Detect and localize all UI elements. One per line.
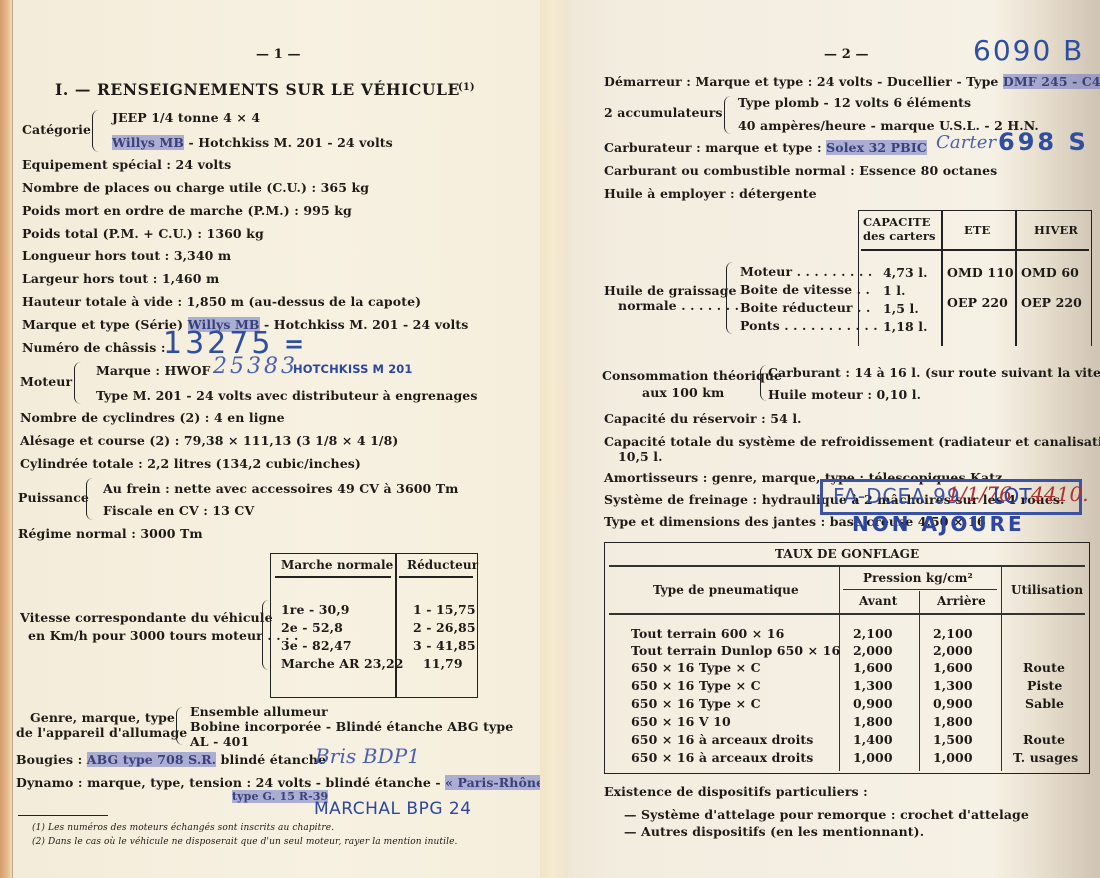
gonflage-row-util: Sable: [1025, 696, 1064, 711]
bougies: Bougies : ABG type 708 S.R. blindé étanc…: [16, 752, 326, 767]
page-title: I. — RENSEIGNEMENTS SUR LE VÉHICULE: [55, 80, 460, 99]
left-page: — 1 — I. — RENSEIGNEMENTS SUR LE VÉHICUL…: [0, 0, 540, 878]
consommation-carburant: Carburant : 14 à 16 l. (sur route suivan…: [768, 365, 1100, 380]
page-edge: [12, 0, 13, 878]
gonflage-row-arriere: 0,900: [933, 696, 973, 711]
stamp-box-text: FA-DCEA 99: [833, 484, 961, 508]
vitesse-row: 1 - 15,75: [413, 602, 476, 617]
graissage-label-2: normale . . . . . . .: [618, 298, 739, 313]
gonflage-row-avant: 1,600: [853, 660, 893, 675]
gonflage-col-avant: Avant: [859, 594, 897, 608]
bougies-handwritten: Bris BDP1: [315, 744, 420, 768]
brace: [74, 362, 81, 404]
graissage-header-ete: ETE: [964, 223, 990, 237]
graissage-capacity: 1 l.: [883, 283, 906, 298]
brace: [724, 96, 731, 134]
moteur-label: Moteur: [20, 374, 72, 389]
vitesse-row: Marche AR 23,22: [281, 656, 404, 671]
vitesse-header-reducteur: Réducteur: [407, 558, 478, 572]
moteur-stamp: HOTCHKISS M 201: [293, 362, 413, 376]
page-number-left: — 1 —: [256, 47, 301, 62]
vitesse-row: 1re - 30,9: [281, 602, 350, 617]
gonflage-row-arriere: 1,300: [933, 678, 973, 693]
graissage-item: Boite de vitesse . .: [740, 282, 870, 297]
vitesse-row: 2e - 52,8: [281, 620, 343, 635]
poids-mort: Poids mort en ordre de marche (P.M.) : 9…: [22, 203, 352, 218]
allumage-label-1: Genre, marque, type: [30, 710, 175, 725]
gonflage-row-avant: 2,000: [853, 643, 893, 658]
reservoir: Capacité du réservoir : 54 l.: [604, 411, 802, 426]
equipement: Equipement spécial : 24 volts: [22, 157, 231, 172]
book-gutter: [540, 0, 568, 878]
hauteur: Hauteur totale à vide : 1,850 m (au-dess…: [22, 294, 421, 309]
gonflage-row-avant: 1,300: [853, 678, 893, 693]
vitesse-label-1: Vitesse correspondante du véhicule: [20, 610, 273, 625]
refroidissement-2: 10,5 l.: [618, 449, 663, 464]
gonflage-row-util: Route: [1023, 660, 1065, 675]
largeur: Largeur hors tout : 1,460 m: [22, 271, 219, 286]
graissage-header-capacite: CAPACITE des carters: [863, 215, 941, 243]
dispositifs-line1: — Système d'attelage pour remorque : cro…: [624, 807, 1029, 822]
moteur-marque: Marque : HWOF: [96, 363, 211, 378]
dispositifs-title: Existence de dispositifs particuliers :: [604, 784, 868, 799]
carburateur-stamp: 698 S: [998, 128, 1089, 156]
vitesse-header-normale: Marche normale: [281, 558, 393, 572]
graissage-hiver: OEP 220: [1021, 295, 1082, 310]
title-footnote-ref: (1): [458, 82, 475, 93]
vitesse-row: 3e - 82,47: [281, 638, 352, 653]
graissage-ete: OEP 220: [947, 295, 1008, 310]
page-number-right: — 2 —: [824, 47, 869, 62]
gonflage-row-avant: 1,800: [853, 714, 893, 729]
gonflage-row-type: Tout terrain Dunlop 650 × 16: [631, 643, 840, 658]
stamp-top-number: 6090 B: [973, 34, 1084, 67]
carburateur: Carburateur : marque et type : Solex 32 …: [604, 140, 927, 155]
places: Nombre de places ou charge utile (C.U.) …: [22, 180, 369, 195]
gonflage-row-util: T. usages: [1013, 750, 1078, 765]
moteur-type: Type M. 201 - 24 volts avec distributeur…: [96, 388, 478, 403]
graissage-item: Moteur . . . . . . . . .: [740, 264, 872, 279]
gonflage-row-avant: 1,000: [853, 750, 893, 765]
allumage-line3: AL - 401: [190, 734, 249, 749]
brace: [262, 600, 269, 670]
gonflage-row-avant: 0,900: [853, 696, 893, 711]
gonflage-row-type: 650 × 16 à arceaux droits: [631, 732, 813, 747]
poids-total: Poids total (P.M. + C.U.) : 1360 kg: [22, 226, 264, 241]
right-page: — 2 — 6090 B Démarreur : Marque et type …: [568, 0, 1100, 878]
gonflage-row-arriere: 1,800: [933, 714, 973, 729]
gonflage-table: TAUX DE GONFLAGE Type de pneumatique Pre…: [604, 542, 1090, 774]
puissance-fiscale: Fiscale en CV : 13 CV: [103, 503, 254, 518]
struck-text: « Paris-Rhône »: [445, 775, 540, 790]
allumage-line2: Bobine incorporée - Blindé étanche ABG t…: [190, 719, 513, 734]
struck-text: Solex 32 PBIC: [826, 140, 927, 155]
gonflage-row-type: 650 × 16 Type × C: [631, 660, 761, 675]
graissage-header-hiver: HIVER: [1034, 223, 1078, 237]
chassis-label: Numéro de châssis :: [22, 340, 166, 355]
gonflage-row-util: Route: [1023, 732, 1065, 747]
dynamo-line1: Dynamo : marque, type, tension : 24 volt…: [16, 775, 540, 790]
gonflage-row-type: 650 × 16 à arceaux droits: [631, 750, 813, 765]
demarreur: Démarreur : Marque et type : 24 volts - …: [604, 74, 1100, 89]
moteur-number-handwritten: 25383: [213, 354, 298, 379]
accumulateurs-line1: Type plomb - 12 volts 6 éléments: [738, 95, 971, 110]
accumulateurs-line2: 40 ampères/heure - marque U.S.L. - 2 H.N…: [738, 118, 1039, 133]
gonflage-row-type: 650 × 16 Type × C: [631, 696, 761, 711]
vitesse-row: 2 - 26,85: [413, 620, 476, 635]
dynamo-stamp: MARCHAL BPG 24: [314, 799, 472, 819]
gonflage-col-utilisation: Utilisation: [1011, 583, 1083, 597]
gonflage-row-util: Piste: [1027, 678, 1062, 693]
gonflage-row-arriere: 2,000: [933, 643, 973, 658]
vitesse-row: 11,79: [423, 656, 463, 671]
struck-text: ABG type 708 S.R.: [87, 752, 216, 767]
categorie-label: Catégorie: [22, 122, 91, 137]
refroidissement-1: Capacité totale du système de refroidiss…: [604, 434, 1100, 449]
graissage-capacity: 1,5 l.: [883, 301, 919, 316]
graissage-ete: OMD 110: [947, 265, 1014, 280]
vitesse-table: Marche normale Réducteur 1re - 30,9 1 - …: [270, 553, 478, 698]
struck-text: DMF 245 - C4 - SP: [1003, 74, 1100, 89]
accumulateurs-label: 2 accumulateurs: [604, 105, 723, 120]
vitesse-label-2: en Km/h pour 3000 tours moteur . . . .: [28, 628, 299, 643]
brace: [726, 262, 733, 334]
vitesse-row: 3 - 41,85: [413, 638, 476, 653]
stamp-non-ajoure: NON AJOURE: [852, 512, 1025, 536]
categorie-line1: JEEP 1/4 tonne 4 × 4: [112, 110, 260, 125]
dispositifs-line2: — Autres dispositifs (en les mentionnant…: [624, 824, 924, 839]
struck-text: Willys MB: [112, 135, 184, 150]
huile: Huile à employer : détergente: [604, 186, 817, 201]
graissage-capacity: 1,18 l.: [883, 319, 928, 334]
allumage-label-2: de l'appareil d'allumage: [16, 725, 187, 740]
brace: [176, 707, 183, 745]
graissage-table: CAPACITE des carters ETE HIVER 4,73 l. 1…: [858, 210, 1092, 346]
brace: [92, 110, 99, 152]
brace: [86, 478, 93, 520]
footnote-rule: [18, 815, 108, 816]
gonflage-row-type: 650 × 16 Type × C: [631, 678, 761, 693]
consommation-label-1: Consommation théorique: [602, 368, 782, 383]
allumage-line1: Ensemble allumeur: [190, 704, 328, 719]
gonflage-title: TAUX DE GONFLAGE: [775, 547, 919, 561]
gonflage-row-avant: 1,400: [853, 732, 893, 747]
brace: [760, 365, 767, 401]
longueur: Longueur hors tout : 3,340 m: [22, 248, 231, 263]
gonflage-col-pression: Pression kg/cm²: [863, 571, 973, 585]
gonflage-row-arriere: 1,600: [933, 660, 973, 675]
cylindres: Nombre de cyclindres (2) : 4 en ligne: [20, 410, 285, 425]
categorie-line2: Willys MB - Hotchkiss M. 201 - 24 volts: [112, 135, 393, 150]
footnote-2: (2) Dans le cas où le véhicule ne dispos…: [32, 837, 457, 847]
graissage-item: Boite réducteur . .: [740, 300, 870, 315]
stamp-box-lot: LOT: [993, 484, 1032, 508]
regime: Régime normal : 3000 Tm: [18, 526, 203, 541]
stamp-box: FA-DCEA 99 1/1/76 LOT 4410.: [820, 479, 1082, 515]
gonflage-row-arriere: 2,100: [933, 626, 973, 641]
graissage-capacity: 4,73 l.: [883, 265, 928, 280]
gonflage-row-type: 650 × 16 V 10: [631, 714, 731, 729]
consommation-huile: Huile moteur : 0,10 l.: [768, 387, 921, 402]
gonflage-col-arriere: Arrière: [937, 594, 986, 608]
carburateur-handwritten: Carter: [936, 132, 996, 153]
cylindree: Cylindrée totale : 2,2 litres (134,2 cub…: [20, 456, 361, 471]
carburant: Carburant ou combustible normal : Essenc…: [604, 163, 997, 178]
graissage-label-1: Huile de graissage: [604, 283, 737, 298]
stamp-box-lot-handwritten: 4410.: [1031, 482, 1089, 506]
gonflage-row-arriere: 1,500: [933, 732, 973, 747]
gonflage-row-type: Tout terrain 600 × 16: [631, 626, 784, 641]
puissance-label: Puissance: [18, 490, 89, 505]
consommation-label-2: aux 100 km: [642, 385, 724, 400]
gonflage-row-avant: 2,100: [853, 626, 893, 641]
alesage: Alésage et course (2) : 79,38 × 111,13 (…: [20, 433, 398, 448]
footnote-1: (1) Les numéros des moteurs échangés son…: [32, 823, 334, 833]
graissage-hiver: OMD 60: [1021, 265, 1079, 280]
gonflage-row-arriere: 1,000: [933, 750, 973, 765]
gonflage-col-type: Type de pneumatique: [653, 583, 799, 597]
puissance-frein: Au frein : nette avec accessoires 49 CV …: [103, 481, 459, 496]
